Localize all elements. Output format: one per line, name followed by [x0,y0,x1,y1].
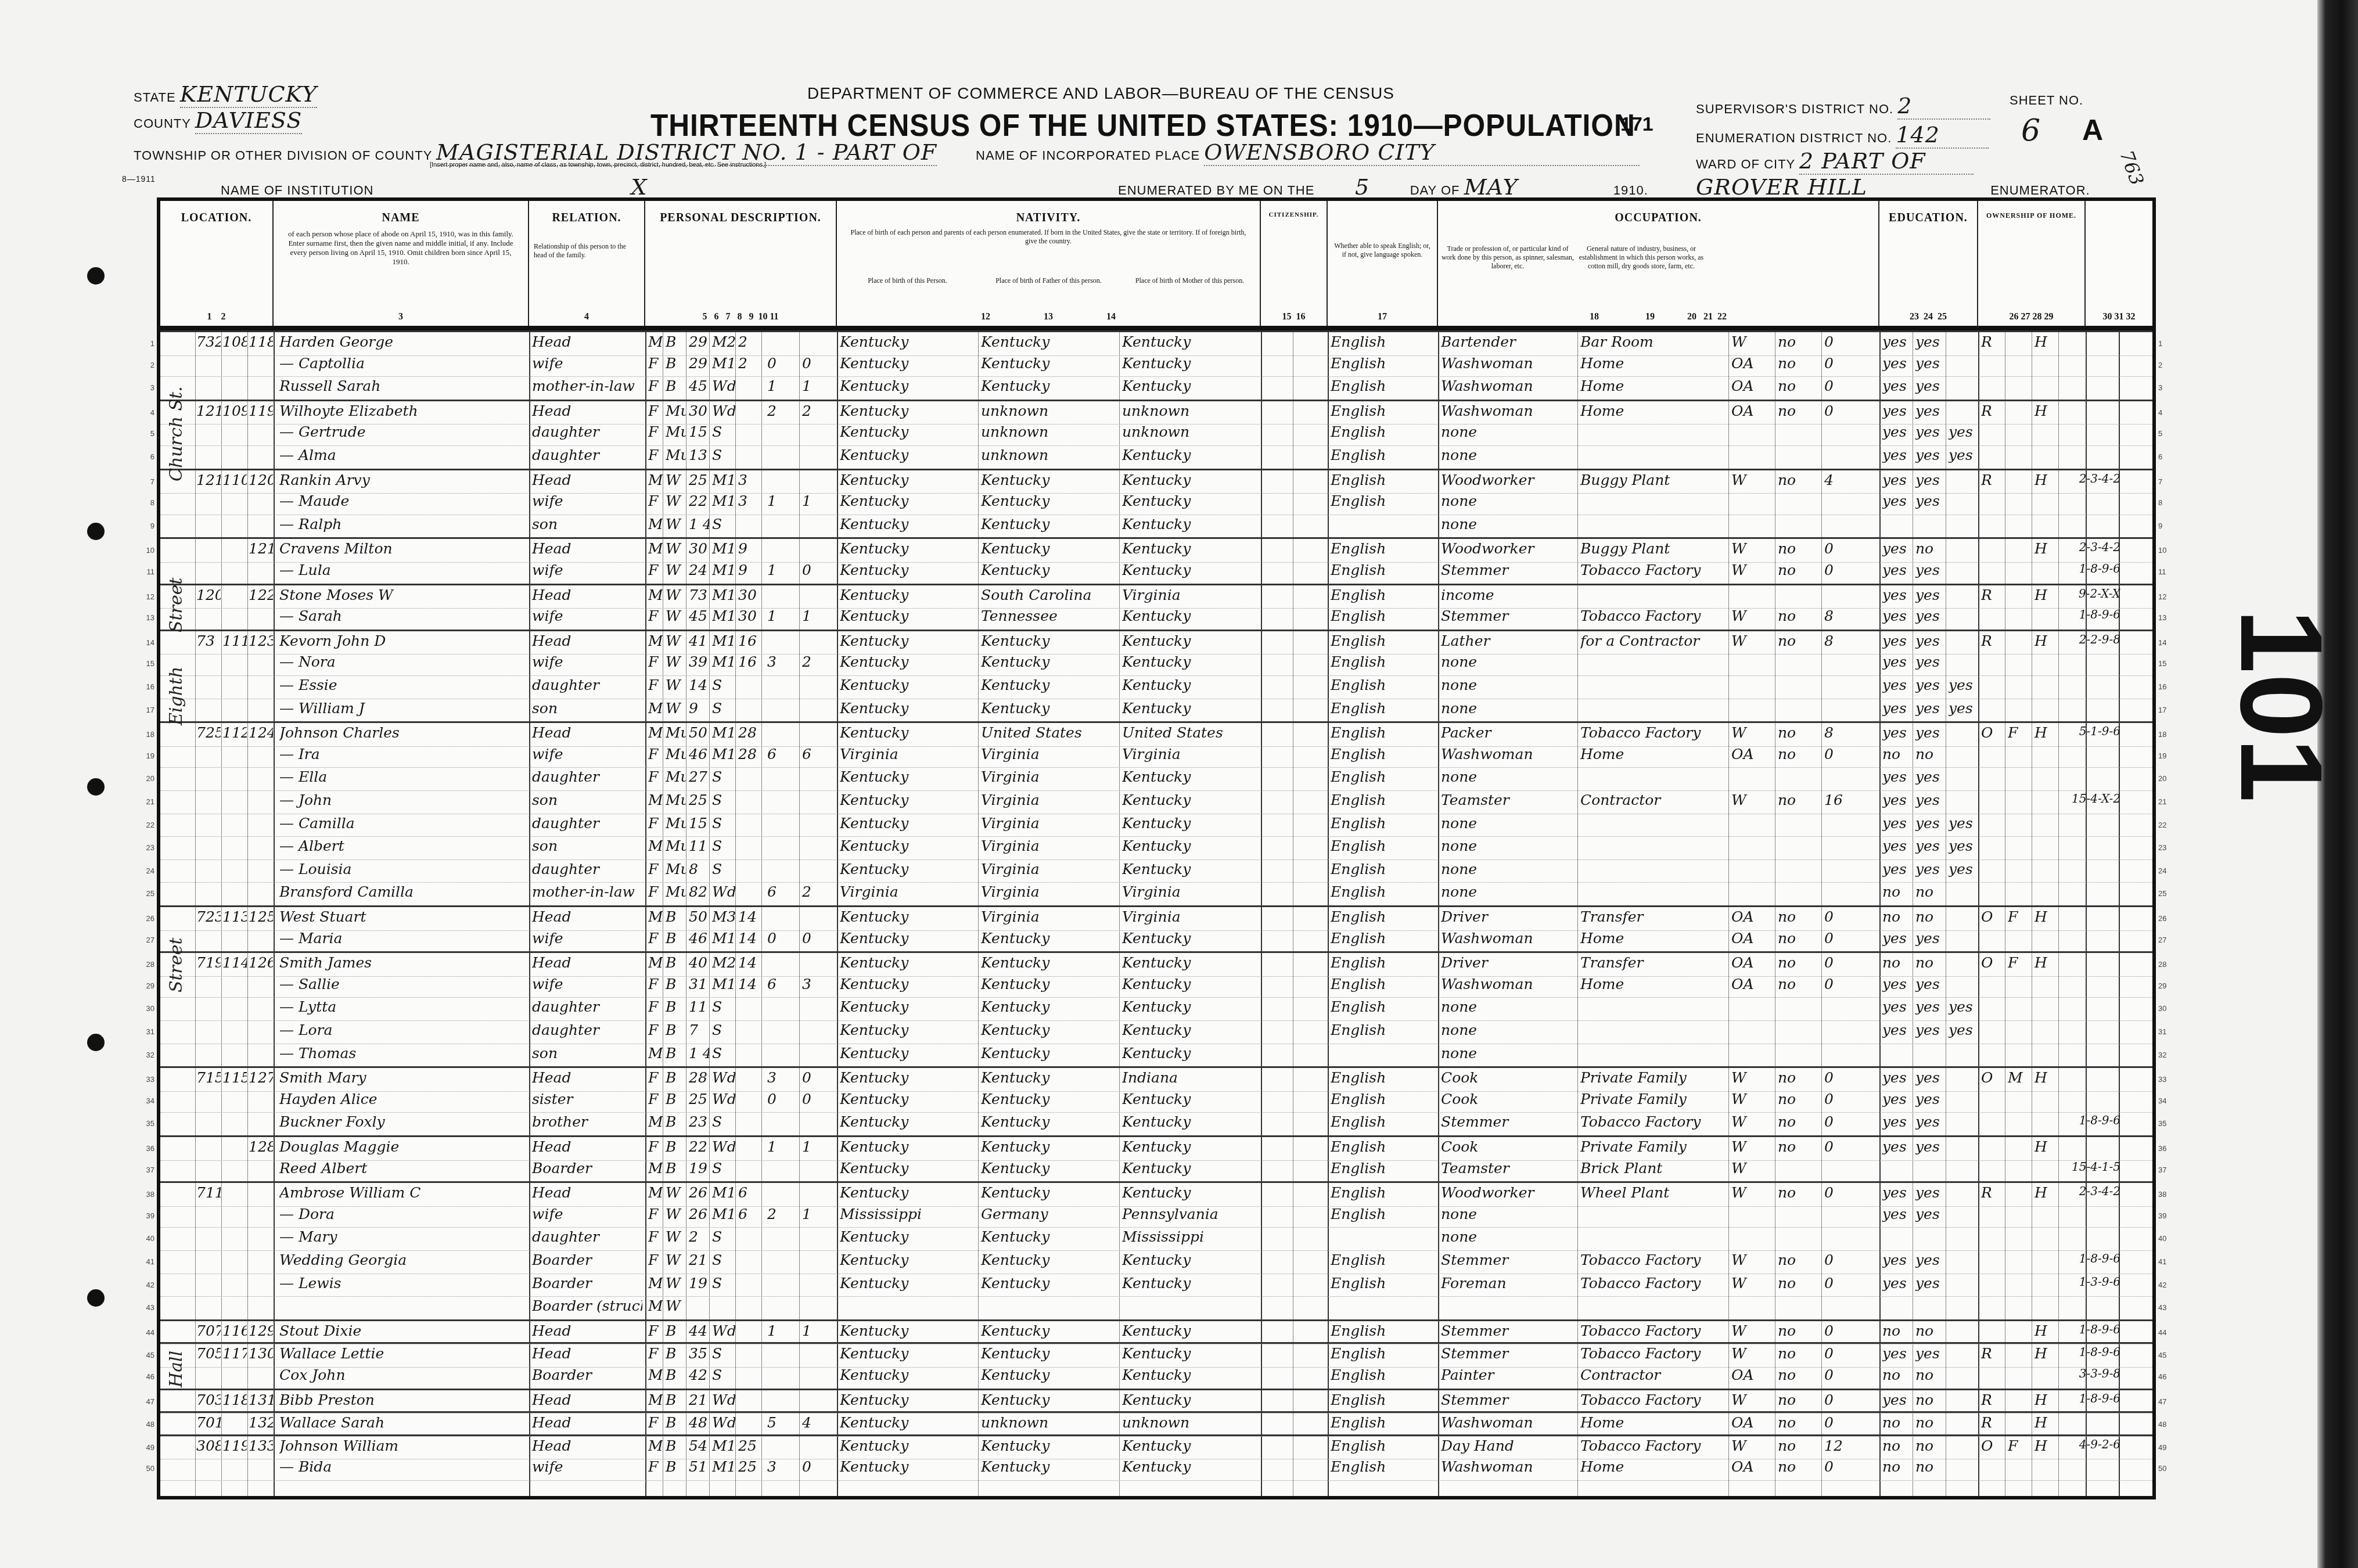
cell-sex: F [648,768,663,785]
column-group-ownership: OWNERSHIP OF HOME. 26 27 28 29 [1978,201,2086,326]
cell-sex: F [648,653,663,670]
cell-name: — John [279,792,526,808]
cell-family: 126 [249,954,273,971]
cell-name: Wedding Georgia [279,1251,526,1268]
cell-read: yes [1882,607,1911,624]
cell-sex: M [648,333,663,350]
cell-sex: F [648,1206,663,1222]
census-title: THIRTEENTH CENSUS OF THE UNITED STATES: … [650,107,1635,143]
cell-pob: Kentucky [840,607,976,624]
cell-race: B [666,377,686,394]
cell-marital: M1 [712,1206,735,1222]
cell-own: R [1981,472,2004,488]
cell-pob: Kentucky [840,423,976,440]
cell-lang: English [1331,1322,1435,1339]
cell-lang: English [1331,883,1435,900]
cell-pob: Kentucky [840,1113,976,1130]
table-row: 1616— EssiedaughterFW14SKentuckyKentucky… [160,675,2152,699]
cell-own: R [1981,1184,2004,1201]
cell-trade: Washwoman [1441,746,1575,763]
cell-out-of-work: no [1778,1345,1820,1362]
line-number: 35 [137,1119,154,1128]
cell-weeks: 0 [1824,402,1877,419]
cell-marital: M1 [712,1437,735,1454]
cell-years-married: 25 [738,1437,760,1454]
cell-age: 22 [689,1138,709,1155]
table-row: 55— GertrudedaughterFMu15SKentuckyunknow… [160,422,2152,446]
cell-born: 3 [767,1458,790,1475]
cell-schedule: 3-3-9-8 [2033,1366,2120,1380]
line-number: 40 [137,1234,154,1243]
cell-dwelling: 110 [222,472,247,488]
table-row: 33Russell Sarahmother-in-lawFB45Wd11Kent… [160,376,2152,400]
cell-age: 46 [689,746,709,763]
line-number-right: 41 [2158,1257,2166,1266]
cell-read: yes [1882,815,1911,832]
cell-name: Buckner Foxly [279,1113,526,1130]
cell-relation: son [532,1045,642,1062]
cell-marital: S [712,1113,735,1130]
cell-lang: English [1331,1391,1435,1408]
cell-race: W [666,1275,686,1292]
cell-read: yes [1882,423,1911,440]
cell-school: yes [1949,447,1978,463]
cell-years-married: 9 [738,540,760,557]
cell-free: M [2008,1069,2031,1086]
cell-class: W [1731,540,1773,557]
cell-trade: none [1441,653,1575,670]
cell-pob-father: Kentucky [981,377,1117,394]
line-number-right: 42 [2158,1281,2166,1289]
line-number-right: 26 [2158,914,2166,923]
cell-pob: Kentucky [840,1091,976,1107]
cell-weeks: 0 [1824,1366,1877,1383]
cell-weeks: 0 [1824,1414,1877,1431]
cell-lang: English [1331,653,1435,670]
cell-read: yes [1882,1251,1911,1268]
cell-sex: M [648,1437,663,1454]
cell-read: yes [1882,1091,1911,1107]
cell-pob-mother: Kentucky [1122,492,1259,509]
cell-pob-father: unknown [981,402,1117,419]
cell-relation: Head [532,1184,642,1201]
cell-out-of-work: no [1778,930,1820,947]
cell-age: 54 [689,1437,709,1454]
cell-marital: Wd [712,402,735,419]
cell-living: 0 [802,1069,825,1086]
cell-race: W [666,492,686,509]
street-label: Hall [166,1351,186,1387]
cell-industry: Buggy Plant [1580,472,1726,488]
cell-marital: M3 [712,908,735,925]
cell-relation: brother [532,1113,642,1130]
cell-weeks: 0 [1824,1275,1877,1292]
table-row: 2626723113125West StuartHeadMB50M314Kent… [160,905,2152,931]
cell-pob: Kentucky [840,976,976,992]
cell-read: yes [1882,377,1911,394]
cell-sex: F [648,677,663,693]
table-row: 3636128Douglas MaggieHeadFB22Wd11Kentuck… [160,1135,2152,1161]
cell-age: 29 [689,333,709,350]
cell-class: W [1731,1275,1773,1292]
cell-sex: F [648,1091,663,1107]
table-row: 1010121Cravens MiltonHeadMW30M19Kentucky… [160,537,2152,563]
cell-pob: Virginia [840,883,976,900]
cell-trade: Woodworker [1441,472,1575,488]
cell-lang: English [1331,607,1435,624]
ward-field: WARD OF CITY 2 Part of [1696,148,1974,175]
cell-sex: F [648,423,663,440]
cell-living: 2 [802,653,825,670]
cell-race: Mu [666,792,686,808]
cell-dwelling: 111 [222,632,247,649]
table-row: 3232— ThomassonMB1 4/12SKentuckyKentucky… [160,1044,2152,1067]
department-title: DEPARTMENT OF COMMERCE AND LABOR—BUREAU … [807,84,1394,103]
cell-industry: Private Family [1580,1091,1726,1107]
cell-sex: F [648,377,663,394]
cell-weeks: 0 [1824,1391,1877,1408]
cell-trade: none [1441,1206,1575,1222]
column-group-occupation: OCCUPATION. Trade or profession of, or p… [1438,201,1879,326]
cell-relation: son [532,700,642,717]
ward-value: 2 Part of [1799,148,1974,175]
cell-born: 5 [767,1414,790,1431]
cell-read: yes [1882,861,1911,877]
cell-out-of-work: no [1778,1366,1820,1383]
cell-pob: Kentucky [840,1391,976,1408]
cell-industry: Private Family [1580,1138,1726,1155]
cell-pob-mother: United States [1122,724,1259,741]
cell-trade: Washwoman [1441,1458,1575,1475]
cell-trade: Cook [1441,1069,1575,1086]
cell-relation: Head [532,540,642,557]
table-row: 4343Boarder (struck)MW [160,1296,2152,1320]
table-row: 99— RalphsonMW1 4/12SKentuckyKentuckyKen… [160,515,2152,538]
cell-marital: M1 [712,607,735,624]
cell-out-of-work: no [1778,1251,1820,1268]
cell-pob: Kentucky [840,815,976,832]
cell-pob-mother: Virginia [1122,587,1259,603]
table-row: 4040— MarydaughterFW2SKentuckyKentuckyMi… [160,1227,2152,1251]
cell-marital: M2 [712,333,735,350]
cell-class: OA [1731,908,1773,925]
cell-age: 30 [689,402,709,419]
line-number: 39 [137,1211,154,1220]
cell-name: Bransford Camilla [279,883,526,900]
cell-schedule: 15-4-X-2 [2033,792,2120,805]
cell-sex: F [648,402,663,419]
cell-pob-father: Kentucky [981,1091,1117,1107]
cell-living: 0 [802,355,825,372]
cell-write: yes [1915,562,1944,578]
cell-write: yes [1915,861,1944,877]
cell-marital: Wd [712,377,735,394]
cell-marital: Wd [712,883,735,900]
cell-race: W [666,587,686,603]
cell-pob-mother: Kentucky [1122,447,1259,463]
cell-marital: M1 [712,632,735,649]
cell-family: 130 [249,1345,273,1362]
cell-relation: wife [532,1206,642,1222]
line-number: 2 [137,361,154,369]
cell-marital: S [712,837,735,854]
cell-dwelling: 118 [222,1391,247,1408]
cell-lang: English [1331,1138,1435,1155]
cell-marital: S [712,516,735,533]
cell-race: Mu [666,883,686,900]
cell-own: O [1981,1437,2004,1454]
cell-pob-father: Kentucky [981,333,1117,350]
line-number-right: 2 [2158,361,2162,369]
cell-industry: Tobacco Factory [1580,1391,1726,1408]
cell-trade: none [1441,677,1575,693]
cell-school: yes [1949,815,1978,832]
cell-age: 31 [689,976,709,992]
cell-name: — Lora [279,1022,526,1038]
cell-schedule: 1-8-9-6 [2033,1113,2120,1127]
table-row: 11732108118Harden GeorgeHeadMB29M22Kentu… [160,330,2152,356]
cell-out-of-work: no [1778,908,1820,925]
cell-write: yes [1915,1345,1944,1362]
cell-living: 0 [802,1458,825,1475]
cell-trade: Lather [1441,632,1575,649]
cell-write: yes [1915,768,1944,785]
cell-out-of-work: no [1778,1091,1820,1107]
cell-trade: Stemmer [1441,1322,1575,1339]
cell-name: Stone Moses W [279,587,526,603]
cell-sex: F [648,815,663,832]
cell-age: 23 [689,1113,709,1130]
cell-marital: Wd [712,1138,735,1155]
cell-years-married: 28 [738,724,760,741]
table-row: 4848701132Wallace SarahHeadFB48Wd54Kentu… [160,1411,2152,1437]
cell-lang: English [1331,724,1435,741]
cell-write: yes [1915,677,1944,693]
cell-living: 1 [802,377,825,394]
column-group-personal: PERSONAL DESCRIPTION. 5 6 7 8 9 10 11 [645,201,837,326]
cell-house: 711 [196,1184,221,1201]
cell-schedule: 5-1-9-6 [2033,724,2120,738]
line-number: 7 [137,477,154,486]
line-number-right: 8 [2158,498,2162,507]
cell-born: 0 [767,1091,790,1107]
cell-pob-mother: Kentucky [1122,1322,1259,1339]
cell-pob: Kentucky [840,653,976,670]
cell-out-of-work: no [1778,632,1820,649]
cell-lang: English [1331,1345,1435,1362]
cell-write: no [1915,1437,1944,1454]
table-row: 88— MaudewifeFW22M1311KentuckyKentuckyKe… [160,491,2152,515]
cell-read: yes [1882,632,1911,649]
table-row: 3434Hayden AlicesisterFB25Wd00KentuckyKe… [160,1089,2152,1113]
cell-name: — Thomas [279,1045,526,1062]
cell-read: yes [1882,472,1911,488]
cell-weeks: 0 [1824,1138,1877,1155]
cell-pob-father: Kentucky [981,492,1117,509]
line-number-right: 11 [2158,567,2166,576]
cell-race: W [666,1251,686,1268]
cell-lang: English [1331,492,1435,509]
cell-pob: Kentucky [840,540,976,557]
cell-race: W [666,677,686,693]
cell-house: 705 [196,1345,221,1362]
cell-relation: Head [532,1138,642,1155]
cell-pob-father: Kentucky [981,1322,1117,1339]
cell-industry: Transfer [1580,908,1726,925]
cell-write: no [1915,1414,1944,1431]
line-number: 36 [137,1144,154,1153]
cell-write: yes [1915,447,1944,463]
cell-relation: Head [532,1345,642,1362]
cell-farm-house: H [2035,402,2058,419]
line-number: 11 [137,567,154,576]
cell-industry: for a Contractor [1580,632,1726,649]
cell-weeks: 0 [1824,1091,1877,1107]
cell-own: O [1981,1069,2004,1086]
cell-class: OA [1731,377,1773,394]
cell-trade: none [1441,768,1575,785]
cell-pob: Kentucky [840,768,976,785]
cell-pob-mother: Kentucky [1122,1022,1259,1038]
cell-industry: Home [1580,377,1726,394]
cell-out-of-work: no [1778,333,1820,350]
cell-race: W [666,1184,686,1201]
cell-marital: S [712,1160,735,1177]
line-number: 48 [137,1420,154,1429]
cell-age: 35 [689,1345,709,1362]
cell-write: no [1915,1366,1944,1383]
cell-name: — Ella [279,768,526,785]
cell-years-married: 14 [738,954,760,971]
cell-house: 719 [196,954,221,971]
cell-farm-house: H [2035,954,2058,971]
cell-age: 11 [689,837,709,854]
cell-born: 6 [767,746,790,763]
cell-industry: Home [1580,355,1726,372]
cell-marital: S [712,1045,735,1062]
cell-pob-mother: Kentucky [1122,837,1259,854]
cell-industry: Bar Room [1580,333,1726,350]
cell-trade: none [1441,516,1575,533]
cell-pob-mother: Kentucky [1122,1251,1259,1268]
cell-relation: Head [532,1414,642,1431]
cell-born: 6 [767,976,790,992]
cell-race: B [666,1022,686,1038]
cell-pob: Kentucky [840,908,976,925]
cell-pob-mother: Kentucky [1122,930,1259,947]
cell-marital: S [712,768,735,785]
cell-write: no [1915,908,1944,925]
cell-out-of-work: no [1778,472,1820,488]
cell-write: yes [1915,632,1944,649]
cell-name: Bibb Preston [279,1391,526,1408]
cell-pob: Kentucky [840,492,976,509]
cell-trade: none [1441,423,1575,440]
cell-pob: Kentucky [840,1366,976,1383]
cell-sex: M [648,540,663,557]
cell-sex: F [648,1251,663,1268]
cell-race: B [666,333,686,350]
cell-pob: Kentucky [840,632,976,649]
cell-lang: English [1331,1160,1435,1177]
cell-relation: Head [532,954,642,971]
cell-industry: Tobacco Factory [1580,1275,1726,1292]
line-number: 43 [137,1303,154,1312]
cell-relation: daughter [532,861,642,877]
cell-name: Cox John [279,1366,526,1383]
cell-write: yes [1915,930,1944,947]
cell-lang: English [1331,746,1435,763]
cell-class: OA [1731,355,1773,372]
table-row: 771211110120Rankin ArvyHeadMW25M13Kentuc… [160,469,2152,494]
cell-pob-mother: Kentucky [1122,954,1259,971]
cell-lang: English [1331,423,1435,440]
cell-house: 308 [196,1437,221,1454]
cell-marital: M1 [712,472,735,488]
cell-read: yes [1882,998,1911,1015]
cell-write: yes [1915,998,1944,1015]
cell-race: B [666,976,686,992]
cell-trade: none [1441,861,1575,877]
cell-write: yes [1915,1138,1944,1155]
cell-marital: Wd [712,1091,735,1107]
cell-sex: F [648,930,663,947]
cell-weeks: 8 [1824,632,1877,649]
cell-class: W [1731,1138,1773,1155]
cell-read: no [1882,1366,1911,1383]
cell-trade: income [1441,587,1575,603]
cell-sex: M [648,472,663,488]
cell-trade: none [1441,883,1575,900]
line-number-right: 1 [2158,339,2162,348]
cell-years-married: 6 [738,1206,760,1222]
cell-write: yes [1915,333,1944,350]
cell-read: yes [1882,1345,1911,1362]
cell-lang: English [1331,333,1435,350]
cell-relation: Head [532,724,642,741]
cell-name: — Alma [279,447,526,463]
sheet-number: 6 [2021,113,2040,148]
cell-industry: Contractor [1580,792,1726,808]
cell-living: 4 [802,1414,825,1431]
cell-pob-father: Virginia [981,837,1117,854]
cell-sex: F [648,1322,663,1339]
cell-write: yes [1915,1184,1944,1201]
cell-race: B [666,1458,686,1475]
cell-weeks: 8 [1824,607,1877,624]
form-number: 171 [1620,113,1654,136]
line-number-right: 33 [2158,1075,2166,1084]
cell-living: 3 [802,976,825,992]
cell-pob-father: Kentucky [981,700,1117,717]
cell-pob-father: Germany [981,1206,1117,1222]
cell-school: yes [1949,998,1978,1015]
cell-out-of-work: no [1778,377,1820,394]
cell-lang: English [1331,402,1435,419]
cell-age: 50 [689,724,709,741]
cell-pob-mother: Mississippi [1122,1228,1259,1245]
cell-read: yes [1882,1275,1911,1292]
table-row: 2828719114126Smith JamesHeadMB40M214Kent… [160,951,2152,977]
county-field: COUNTY Daviess [134,107,302,134]
table-row: 1515— NorawifeFW39M11632KentuckyKentucky… [160,652,2152,676]
cell-years-married: 3 [738,472,760,488]
cell-trade: none [1441,447,1575,463]
street-label: Street [166,577,186,632]
cell-marital: M1 [712,930,735,947]
cell-marital: M1 [712,746,735,763]
cell-sex: M [648,516,663,533]
